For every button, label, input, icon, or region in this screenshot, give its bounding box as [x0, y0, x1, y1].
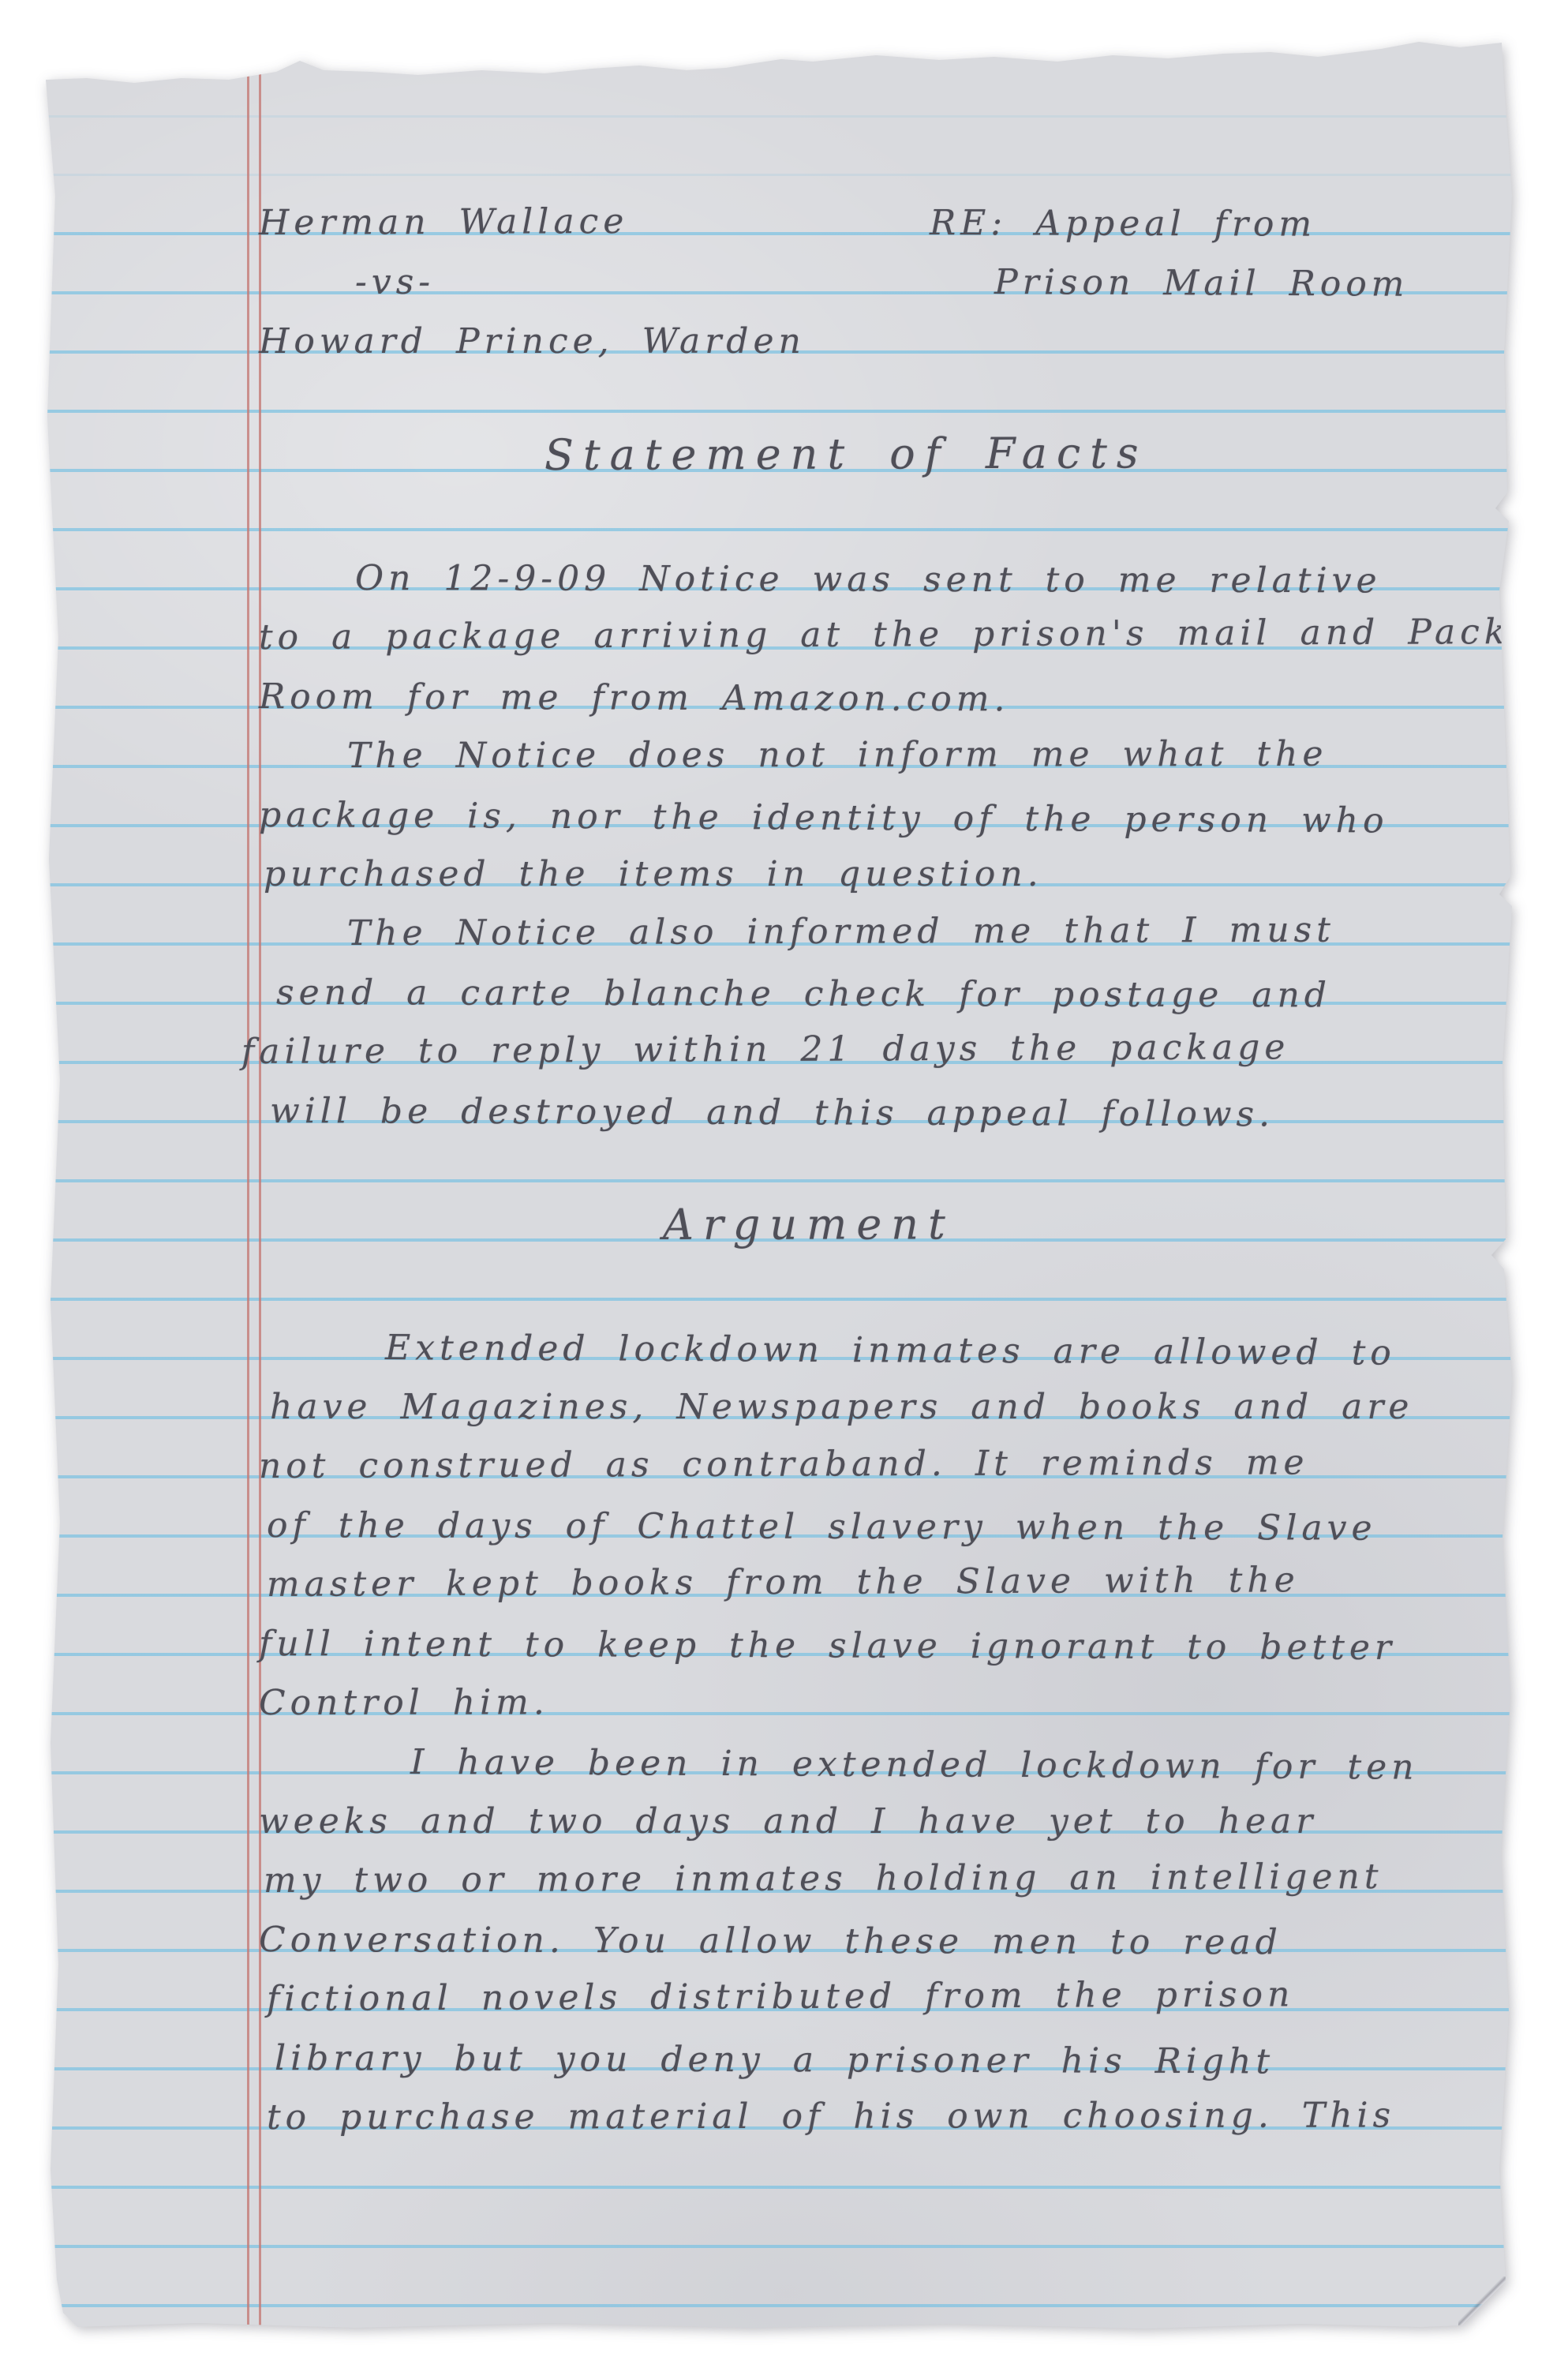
handwritten-line: Extended lockdown inmates are allowed to [385, 1328, 1396, 1373]
handwritten-line: failure to reply within 21 days the pack… [241, 1027, 1290, 1072]
handwriting-layer: Herman WallaceRE: Appeal from-vs-Prison … [39, 38, 1535, 2340]
case-header-re-line-1: RE: Appeal from [930, 203, 1316, 245]
handwritten-line: have Magazines, Newspapers and books and… [270, 1387, 1413, 1427]
handwritten-line: not construed as contraband. It reminds … [259, 1442, 1309, 1486]
handwritten-line: fictional novels distributed from the pr… [267, 1974, 1295, 2019]
handwritten-line: Room for me from Amazon.com. [259, 676, 1010, 719]
notebook-paper: Herman WallaceRE: Appeal from-vs-Prison … [39, 38, 1535, 2340]
case-header-defendant: Howard Prince, Warden [259, 321, 806, 362]
case-header-versus: -vs- [355, 262, 435, 302]
handwritten-line: Conversation. You allow these men to rea… [259, 1920, 1282, 1962]
case-header-re-line-2: Prison Mail Room [994, 262, 1409, 305]
scan-background: { "colors": { "background": "#ffffff", "… [0, 0, 1568, 2368]
section-title: Argument [663, 1199, 955, 1250]
handwritten-line: The Notice does not inform me what the [347, 734, 1328, 776]
handwritten-line: The Notice also informed me that I must [347, 910, 1335, 954]
handwritten-line: purchased the items in question. [264, 854, 1043, 894]
handwritten-line: to a package arriving at the prison's ma… [259, 612, 1568, 658]
case-header-plaintiff: Herman Wallace [259, 201, 629, 243]
handwritten-line: my two or more inmates holding an intell… [264, 1857, 1383, 1901]
handwritten-line: master kept books from the Slave with th… [267, 1560, 1300, 1605]
handwritten-line: Control him. [259, 1682, 549, 1723]
handwritten-line: I have been in extended lockdown for ten [410, 1742, 1419, 1788]
handwritten-line: send a carte blanche check for postage a… [276, 972, 1331, 1016]
handwritten-line: full intent to keep the slave ignorant t… [259, 1624, 1396, 1668]
handwritten-line: On 12-9-09 Notice was sent to me relativ… [355, 558, 1382, 601]
handwritten-line: package is, nor the identity of the pers… [259, 795, 1389, 841]
handwritten-line: library but you deny a prisoner his Righ… [275, 2038, 1274, 2081]
handwritten-line: of the days of Chattel slavery when the … [267, 1505, 1377, 1549]
folded-corner [1458, 2276, 1509, 2327]
handwritten-line: will be destroyed and this appeal follow… [270, 1091, 1274, 1134]
handwritten-line: to purchase material of his own choosing… [267, 2096, 1395, 2138]
handwritten-line: weeks and two days and I have yet to hea… [259, 1801, 1317, 1842]
paper-shadow-wrap: Herman WallaceRE: Appeal from-vs-Prison … [39, 38, 1535, 2340]
section-title: Statement of Facts [544, 428, 1148, 480]
